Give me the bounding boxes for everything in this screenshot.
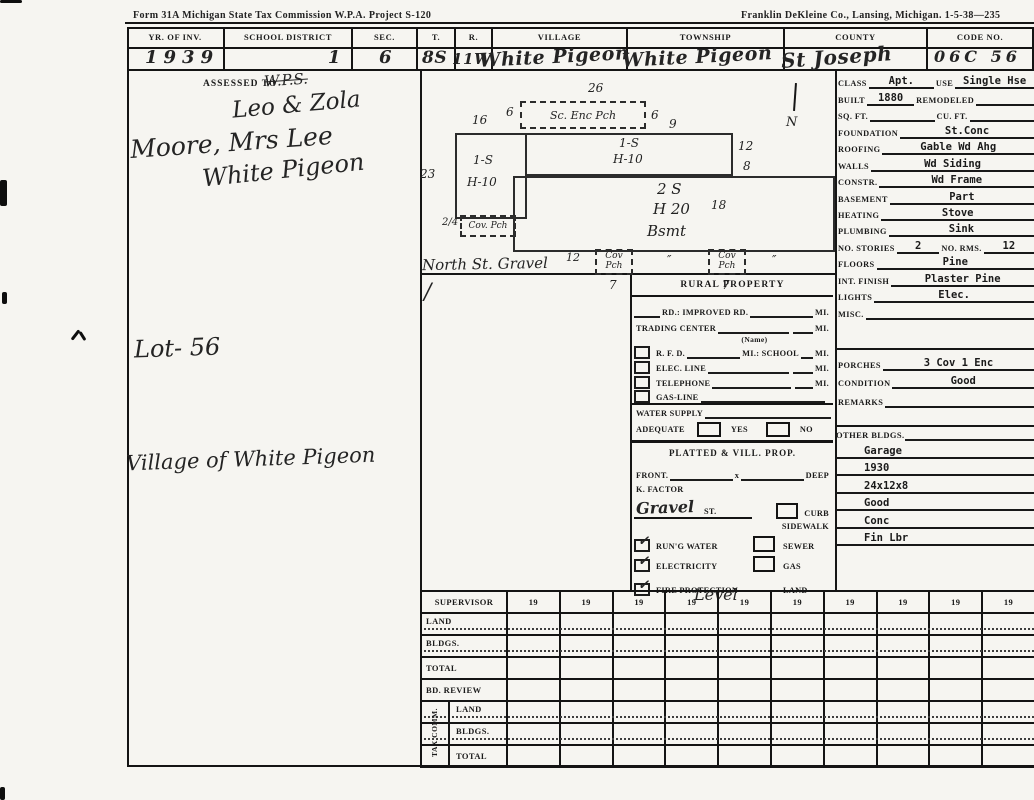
value-cell <box>878 614 931 634</box>
blank-line <box>801 349 813 359</box>
field-value: Sink <box>889 223 1034 237</box>
blank-line <box>712 379 791 389</box>
field-label: CU. FT. <box>937 112 968 122</box>
running-water-checkbox: ✓ <box>634 539 650 552</box>
porches-condition-group: PORCHES3 Cov 1 Enc CONDITIONGood REMARKS <box>838 352 1034 408</box>
main-basement-label: Bsmt <box>647 222 686 240</box>
covered-porch-box-1: Cov Pch <box>595 249 633 275</box>
value-cell <box>508 702 561 722</box>
blank-line <box>701 393 825 403</box>
field-value: Apt. <box>869 75 934 89</box>
col-label: YR. OF INV. <box>148 32 201 42</box>
field-label: ADEQUATE <box>634 425 687 435</box>
rfd-row: R. F. D.MI.: SCHOOLMI. <box>632 344 833 359</box>
dim-6-left: 6 <box>506 105 514 119</box>
rfd-checkbox <box>634 346 650 359</box>
gas-line-row: GAS-LINE <box>632 389 833 403</box>
year-header: 19 <box>614 592 667 612</box>
field-label: FRONT. <box>634 471 670 481</box>
field-label: CONDITION <box>838 379 890 389</box>
value-cell <box>614 746 667 766</box>
trading-center-row: TRADING CENTERMI. <box>632 318 833 334</box>
dim-7: 7 <box>609 278 617 292</box>
blank-line <box>750 308 813 318</box>
check-mark: ✓ <box>638 554 649 569</box>
field-label: GAS-LINE <box>654 393 701 403</box>
school-value-cell: 1 <box>225 49 353 71</box>
north-label: N <box>786 115 797 130</box>
col-label: SCHOOL DISTRICT <box>244 32 332 42</box>
field-label: FLOORS <box>838 260 875 270</box>
wing-height-label: H-10 <box>467 175 497 189</box>
tax-comm-divider <box>448 700 450 766</box>
floors-row: FLOORSPine <box>838 254 1034 270</box>
porch-label: Cov Pch <box>597 252 631 272</box>
field-value: Plaster Pine <box>891 273 1034 287</box>
porches-divider <box>835 348 1034 350</box>
other-bldg-type: Garage <box>836 441 1034 459</box>
gas-line-checkbox <box>634 390 650 403</box>
field-label: FOUNDATION <box>838 129 898 139</box>
plumbing-row: PLUMBINGSink <box>838 221 1034 237</box>
value-cell <box>930 746 983 766</box>
name-hint: (Name) <box>741 335 767 344</box>
field-label: R. F. D. <box>654 349 687 359</box>
field-label: INT. FINISH <box>838 277 889 287</box>
sewer-checkbox <box>753 536 775 552</box>
handwritten-town: 8S <box>422 48 447 68</box>
value-cell <box>614 702 667 722</box>
blank-line <box>705 409 831 419</box>
total-row: TOTAL <box>422 658 1034 680</box>
field-value: St.Conc <box>900 125 1034 139</box>
field-label: WATER SUPPLY <box>634 409 705 419</box>
field-label: MI.: SCHOOL <box>740 349 801 359</box>
blank-line <box>708 364 789 374</box>
curb-label: CURB <box>802 509 831 519</box>
row-label: LAND <box>422 614 508 634</box>
handwritten-street-note: North St. Gravel <box>422 254 548 274</box>
col-label: TOWNSHIP <box>680 32 731 42</box>
field-label: USE <box>936 79 953 89</box>
t-value-cell: 8S <box>418 49 456 71</box>
value-cell <box>930 658 983 678</box>
dim-8: 8 <box>743 159 751 173</box>
value-cell <box>825 746 878 766</box>
village-value-cell: White Pigeon <box>493 49 628 71</box>
tax-comm-land-row: LAND <box>422 702 1034 724</box>
value-cell <box>772 746 825 766</box>
covered-porch-left-box: Cov. Pch <box>460 215 516 237</box>
value-cell <box>930 636 983 656</box>
value-cell <box>930 614 983 634</box>
mi-label: MI. <box>813 324 831 334</box>
other-buildings-section: OTHER BLDGS. Garage 1930 24x12x8 Good Co… <box>836 427 1034 546</box>
header-col-school: SCHOOL DISTRICT <box>225 27 353 49</box>
porches-row: PORCHES3 Cov 1 Enc <box>838 352 1034 371</box>
form-number-imprint: Form 31A Michigan State Tax Commission W… <box>133 10 431 21</box>
elec-line-checkbox <box>634 361 650 374</box>
tax-comm-bldgs-row: BLDGS. <box>422 724 1034 746</box>
other-bldgs-header: OTHER BLDGS. <box>836 427 1034 441</box>
main-story-label: 2 S <box>657 180 682 198</box>
row-label: BD. REVIEW <box>422 680 508 700</box>
value-cell <box>825 658 878 678</box>
value-cell <box>614 658 667 678</box>
dim-6-right: 6 <box>651 108 659 122</box>
value-cell <box>508 658 561 678</box>
field-label: REMARKS <box>838 398 883 408</box>
field-label: WALLS <box>838 162 869 172</box>
field-label: ELEC. LINE <box>654 364 708 374</box>
field-label: ROOFING <box>838 145 880 155</box>
other-bldg-size: 24x12x8 <box>836 476 1034 494</box>
supervisor-header: SUPERVISOR <box>422 592 508 612</box>
wing-height-label: H-10 <box>613 152 643 166</box>
value-cell <box>614 680 667 700</box>
field-value: Stove <box>881 207 1034 221</box>
gas-checkbox <box>753 556 775 572</box>
col-label: CODE NO. <box>957 32 1003 42</box>
other-bldg-foundation: Conc <box>836 511 1034 529</box>
field-value: 2 <box>897 240 940 254</box>
value-cell <box>666 614 719 634</box>
field-label: LIGHTS <box>838 293 872 303</box>
field-label: BUILT <box>838 96 865 106</box>
value-cell <box>878 724 931 744</box>
header-col-sec: SEC. <box>353 27 418 49</box>
st-label: ST. <box>702 507 719 517</box>
wing-story-label: 1-S <box>619 136 639 150</box>
dim-12: 12 <box>738 139 753 153</box>
blank-line <box>634 308 660 318</box>
value-cell <box>719 702 772 722</box>
year-header: 19 <box>772 592 825 612</box>
value-cell <box>983 614 1034 634</box>
dim-18: 18 <box>711 198 726 212</box>
col-label: COUNTY <box>835 32 875 42</box>
handwritten-year: 1939 <box>145 47 219 68</box>
name-hint-row: (Name) <box>632 334 833 344</box>
header-col-yr: YR. OF INV. <box>127 27 225 49</box>
value-cell <box>508 614 561 634</box>
elec-line-row: ELEC. LINEMI. <box>632 359 833 374</box>
value-cell <box>561 702 614 722</box>
other-bldg-finish: Fin Lbr <box>836 529 1034 547</box>
field-label: TELEPHONE <box>654 379 712 389</box>
value-cell <box>983 680 1034 700</box>
value-cell <box>666 724 719 744</box>
field-value: 1880 <box>867 92 914 106</box>
telephone-row: TELEPHONEMI. <box>632 374 833 389</box>
building-details-column: CLASSApt.USESingle Hse BUILT1880REMODELE… <box>838 73 1034 320</box>
year-header: 19 <box>666 592 719 612</box>
screen-enclosed-porch-box: Sc. Enc Pch <box>520 101 646 129</box>
handwritten-section: 6 <box>379 47 392 68</box>
basement-row: BASEMENTPart <box>838 188 1034 204</box>
value-cell <box>930 680 983 700</box>
dim-23: 23 <box>420 167 435 181</box>
header-col-code: CODE NO. <box>928 27 1034 49</box>
field-label: NO. STORIES <box>838 244 895 254</box>
main-building-box: 2 S H 20 Bsmt 18 <box>513 176 835 252</box>
handwritten-code: 06C 56 <box>934 47 1021 66</box>
year-header: 19 <box>983 592 1034 612</box>
value-cell <box>930 702 983 722</box>
field-label: REMODELED <box>916 96 974 106</box>
value-cell <box>772 658 825 678</box>
dim-26: 26 <box>588 81 603 95</box>
value-cell <box>983 746 1034 766</box>
table-header-row: SUPERVISOR 19 19 19 19 19 19 19 19 19 19 <box>422 592 1034 614</box>
blank-line <box>687 349 740 359</box>
field-value: Wd Siding <box>871 158 1034 172</box>
value-cell <box>508 724 561 744</box>
field-value <box>976 104 1034 106</box>
value-cell <box>878 746 931 766</box>
sqft-cuft-row: SQ. FT.CU. FT. <box>838 106 1034 122</box>
platted-title: PLATTED & VILL. PROP. <box>632 440 833 463</box>
foundation-row: FOUNDATIONSt.Conc <box>838 122 1034 138</box>
year-header: 19 <box>930 592 983 612</box>
rural-property-title: RURAL PROPERTY <box>632 275 833 297</box>
value-cell <box>614 636 667 656</box>
value-cell <box>666 636 719 656</box>
field-label: K. FACTOR <box>634 485 686 495</box>
field-value: Gable Wd Ahg <box>882 141 1034 155</box>
value-cell <box>719 680 772 700</box>
blank-line <box>905 431 1034 441</box>
field-label: BASEMENT <box>838 195 888 205</box>
mid-wing-box: 1-S H-10 <box>525 133 733 176</box>
value-cell <box>666 658 719 678</box>
field-label: MISC. <box>838 310 864 320</box>
field-value: 3 Cov 1 Enc <box>883 357 1034 371</box>
header-col-t: T. <box>418 27 456 49</box>
sidewalk-label: SIDEWALK <box>780 522 831 532</box>
ditto-mark: ″ <box>772 253 776 267</box>
running-water-row: ✓RUN'G WATERSEWER <box>632 532 833 552</box>
value-cell <box>878 702 931 722</box>
field-label: CONSTR. <box>838 178 877 188</box>
k-factor-row: K. FACTOR <box>632 481 833 495</box>
no-label: NO <box>798 425 815 435</box>
value-cell <box>666 680 719 700</box>
value-cell <box>825 724 878 744</box>
blank-line <box>793 324 813 334</box>
rural-platted-column: RURAL PROPERTY RD.: IMPROVED RD.MI. TRAD… <box>632 275 833 596</box>
value-cell <box>719 614 772 634</box>
porch-label: Cov. Pch <box>469 221 508 231</box>
field-label: PLUMBING <box>838 227 887 237</box>
dim-16: 16 <box>472 113 487 127</box>
field-label: NO. RMS. <box>941 244 981 254</box>
assessment-table: SUPERVISOR 19 19 19 19 19 19 19 19 19 19… <box>420 590 1034 768</box>
ink-speck <box>2 292 7 304</box>
ink-speck <box>0 787 5 800</box>
dim-9: 9 <box>669 117 677 131</box>
yr-value-cell: 1939 <box>127 49 225 71</box>
value-cell <box>930 724 983 744</box>
handwritten-tick: / <box>424 280 431 305</box>
value-cell <box>508 746 561 766</box>
field-value: Wd Frame <box>879 174 1034 188</box>
front-deep-row: FRONT.xDEEP <box>632 463 833 481</box>
handwritten-lot: Lot- 56 <box>134 333 221 364</box>
year-header: 19 <box>878 592 931 612</box>
value-cell <box>666 702 719 722</box>
value-cell <box>561 680 614 700</box>
dim-12-bottom: 12 <box>566 251 580 264</box>
field-label: DEEP <box>804 471 831 481</box>
mi-label: MI. <box>813 349 831 359</box>
mi-label: MI. <box>813 379 831 389</box>
value-cell <box>666 746 719 766</box>
field-label: TRADING CENTER <box>634 324 718 334</box>
tax-assessment-card: Form 31A Michigan State Tax Commission W… <box>0 0 1034 800</box>
blank-line <box>795 379 813 389</box>
street-underline: GravelST. <box>634 498 752 519</box>
field-label: ELECTRICITY <box>654 562 719 572</box>
class-use-row: CLASSApt.USESingle Hse <box>838 73 1034 89</box>
water-supply-row: WATER SUPPLY <box>632 403 833 419</box>
other-bldg-condition: Good <box>836 494 1034 512</box>
value-cell <box>772 614 825 634</box>
bldgs-row: BLDGS. <box>422 636 1034 658</box>
tax-comm-text: TAX COMM. <box>430 708 439 757</box>
value-cell <box>983 658 1034 678</box>
stories-rooms-row: NO. STORIES2NO. RMS.12 <box>838 237 1034 253</box>
header-value-row: 1939 1 6 8S 11W White Pigeon White Pigeo… <box>127 49 1034 71</box>
board-review-row: BD. REVIEW <box>422 680 1034 702</box>
mi-label: MI. <box>813 364 831 374</box>
other-bldg-year: 1930 <box>836 459 1034 477</box>
value-cell <box>983 724 1034 744</box>
mi-label: MI. <box>813 308 831 318</box>
header-col-r: R. <box>456 27 493 49</box>
value-cell <box>772 724 825 744</box>
value-cell <box>719 746 772 766</box>
dim-2-4: 2/4 <box>442 217 458 228</box>
misc-row: MISC. <box>838 303 1034 319</box>
value-cell <box>561 724 614 744</box>
sewer-label: SEWER <box>781 542 831 552</box>
value-cell <box>983 702 1034 722</box>
field-value <box>866 318 1034 320</box>
year-header: 19 <box>825 592 878 612</box>
electricity-checkbox: ✓ <box>634 559 650 572</box>
improved-road-row: RD.: IMPROVED RD.MI. <box>632 297 833 318</box>
blank-line <box>718 324 789 334</box>
built-remodeled-row: BUILT1880REMODELED <box>838 89 1034 105</box>
value-cell <box>719 636 772 656</box>
check-mark: ✓ <box>638 534 649 549</box>
field-value <box>970 120 1034 122</box>
value-cell <box>878 658 931 678</box>
township-value-cell: White Pigeon <box>628 49 785 71</box>
ink-speck <box>0 0 22 3</box>
field-label: RD.: IMPROVED RD. <box>660 308 750 318</box>
yes-checkbox <box>697 422 721 437</box>
field-label: SQ. FT. <box>838 112 868 122</box>
building-sketch: N 26 Sc. Enc Pch 6 6 9 16 23 1-S H-10 1-… <box>420 71 835 273</box>
year-header: 19 <box>561 592 614 612</box>
sidewalk-row: SIDEWALK <box>632 519 833 532</box>
handwritten-street-type: Gravel <box>636 497 695 518</box>
printer-imprint: Franklin DeKleine Co., Lansing, Michigan… <box>741 10 1034 21</box>
col-label: T. <box>432 32 440 42</box>
electricity-row: ✓ELECTRICITYGAS <box>632 552 833 572</box>
walls-row: WALLSWd Siding <box>838 155 1034 171</box>
ink-speck <box>0 180 7 206</box>
section-label: OTHER BLDGS. <box>836 430 905 441</box>
field-value: Elec. <box>874 289 1034 303</box>
main-height-label: H 20 <box>653 200 690 218</box>
no-checkbox <box>766 422 790 437</box>
street-row: GravelST. CURB <box>632 495 833 519</box>
col-label: VILLAGE <box>538 32 581 42</box>
gas-label: GAS <box>781 562 831 572</box>
value-cell <box>878 680 931 700</box>
col-label: SEC. <box>374 32 395 42</box>
row-label: TOTAL <box>422 658 508 678</box>
blank-line <box>741 471 803 481</box>
blank-line <box>793 364 813 374</box>
value-cell <box>719 724 772 744</box>
heating-row: HEATINGStove <box>838 205 1034 221</box>
sec-value-cell: 6 <box>353 49 418 71</box>
int-finish-row: INT. FINISHPlaster Pine <box>838 270 1034 286</box>
field-label: CLASS <box>838 79 867 89</box>
field-value: Part <box>890 191 1034 205</box>
handwritten-struck-initials: W.P.S. <box>263 69 308 90</box>
field-label: HEATING <box>838 211 879 221</box>
constr-row: CONSTR.Wd Frame <box>838 172 1034 188</box>
row-label: BLDGS. <box>422 636 508 656</box>
field-value: Pine <box>877 256 1034 270</box>
wing-story-label: 1-S <box>473 153 493 167</box>
value-cell <box>508 680 561 700</box>
curb-checkbox <box>776 503 798 519</box>
lights-row: LIGHTSElec. <box>838 287 1034 303</box>
value-cell <box>561 746 614 766</box>
value-cell <box>983 636 1034 656</box>
field-value: Good <box>892 375 1034 389</box>
times-label: x <box>733 471 741 481</box>
year-header: 19 <box>508 592 561 612</box>
remarks-row: REMARKS <box>838 389 1034 408</box>
handwritten-district: 1 <box>328 47 341 68</box>
field-value <box>870 120 934 122</box>
value-cell <box>825 636 878 656</box>
roofing-row: ROOFINGGable Wd Ahg <box>838 139 1034 155</box>
value-cell <box>614 614 667 634</box>
value-cell <box>825 680 878 700</box>
ditto-mark: ″ <box>667 253 671 267</box>
north-arrow-icon <box>793 83 797 111</box>
value-cell <box>772 702 825 722</box>
value-cell <box>508 636 561 656</box>
field-value: Single Hse <box>955 75 1034 89</box>
value-cell <box>561 658 614 678</box>
value-cell <box>825 614 878 634</box>
value-cell <box>772 636 825 656</box>
adequate-row: ADEQUATEYESNO <box>632 419 833 440</box>
value-cell <box>614 724 667 744</box>
porch-label: Cov Pch <box>710 252 744 272</box>
col-label: R. <box>469 32 478 42</box>
covered-porch-box-2: Cov Pch <box>708 249 746 275</box>
